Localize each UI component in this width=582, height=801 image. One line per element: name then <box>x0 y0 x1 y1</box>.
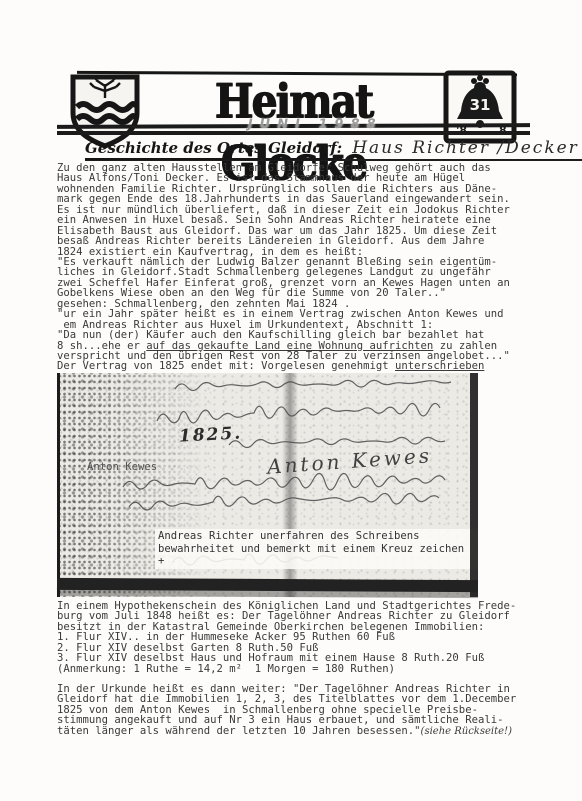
text-line: "ur ein Jahr später heißt es in einem Ve… <box>57 309 557 319</box>
paragraph-deed-quote: In der Urkunde heißt es dann weiter: "De… <box>57 684 577 736</box>
annotation-line: bewahrheitet und bemerkt mit einem Kreuz… <box>158 543 475 568</box>
deed-quote-lines: In der Urkunde heißt es dann weiter: "De… <box>57 684 577 726</box>
annotation-line: Andreas Richter unerfahren des Schreiben… <box>158 530 475 543</box>
document-scan-1825: 1825. Anton Kewes Anton Kewes Andreas Ri… <box>57 373 478 597</box>
scan-bottom-edge <box>57 578 478 592</box>
deed-year: 1825. <box>179 423 243 446</box>
scan-left-edge <box>57 373 60 597</box>
subtitle-gothic: Geschichte des Ortes Gleidorf: <box>85 139 342 160</box>
issue-number: 31 <box>470 96 491 114</box>
see-reverse-note: (siehe Rückseite!) <box>421 726 512 737</box>
article-subtitle: Geschichte des Ortes Gleidorf:Haus Richt… <box>85 138 582 161</box>
paragraph-history: Zu den ganz alten Hausstellen am Gleidor… <box>57 163 557 340</box>
date-stamp: JUNI 1988 <box>214 117 417 132</box>
closing-underlined: unterschrieben <box>395 360 484 372</box>
text-line: (Anmerkung: 1 Ruthe = 14,2 m² 1 Morgen =… <box>57 664 567 674</box>
paragraph-mortgage: In einem Hypothekenschein des Königliche… <box>57 601 567 674</box>
scan-right-edge <box>470 373 478 597</box>
typed-name-label: Anton Kewes <box>87 461 157 473</box>
final-text: täten länger als während der letzten 10 … <box>57 725 421 737</box>
closing-pre: Der Vertrag von 1825 endet mit: Vorgeles… <box>57 360 395 372</box>
subtitle-handwritten: Haus Richter /Decker <box>352 138 579 158</box>
text-line: besaß Andreas Richter bereits Ländereien… <box>57 236 557 246</box>
paragraph-history-end: 8 sh...ehe er auf das gekaufte Land eine… <box>57 341 557 372</box>
typed-annotation: Andreas Richter unerfahren des Schreiben… <box>155 529 478 569</box>
newsletter-page: Heimat Glocke 31 '8 8 JUNI 1988 Geschich… <box>0 0 582 801</box>
text-line-closing: Der Vertrag von 1825 endet mit: Vorgeles… <box>57 361 557 371</box>
text-line-final: täten länger als während der letzten 10 … <box>57 726 577 736</box>
